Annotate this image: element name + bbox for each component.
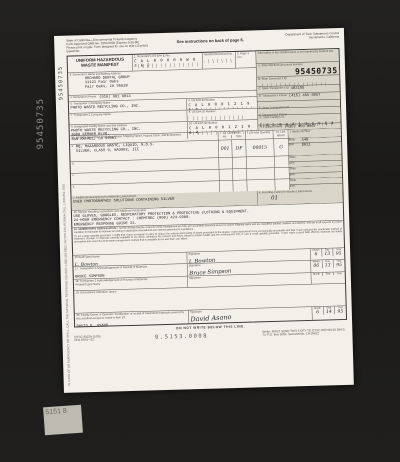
item20-label: 20. Facility Owner or Operator: Certific…: [76, 311, 186, 321]
fieldD-label: D. Transporter's Phone: [259, 94, 287, 101]
agency-line3: Please print or type. Form designed for …: [66, 44, 156, 54]
transporter1-date-year: 95: [333, 262, 345, 267]
waste-table: 11. US DOT Description (Including Proper…: [70, 129, 343, 197]
margin-manifest-number: 95450735: [36, 98, 46, 149]
facility-date-month: 6: [312, 310, 323, 315]
t2-year-label: Year: [333, 272, 344, 275]
t2-month-label: Month: [311, 273, 322, 276]
generator-epa-id: C A L 0 0 0 0 0 W 8 3 6 2: [134, 57, 201, 68]
epa-code-label: EPA: [289, 143, 302, 148]
fieldC-label: C. State Transporter's ID: [259, 86, 289, 93]
facility-date-day: 14: [323, 309, 335, 314]
item8-label: 8. US EPA ID Number: [189, 109, 256, 114]
transporter1-date-day: 13: [322, 263, 334, 268]
col12-no-header: No.: [218, 135, 232, 139]
page-edge-manifest-number: 95450735: [57, 66, 64, 101]
row-a-quantity: 00015: [246, 139, 274, 157]
generator-date-year: 95: [333, 251, 345, 256]
t2-day-label: Day: [322, 272, 333, 275]
col12-type-header: Type: [232, 134, 245, 138]
row-c-epa-label: EPA: [290, 172, 342, 177]
facility-date-year: 95: [334, 309, 346, 314]
row-a-unit: G: [274, 138, 289, 155]
row-a-containers-no: 001: [218, 140, 232, 157]
facility-printed-name: DAVID P. ASANO: [77, 324, 109, 327]
generator-phone: (916) 961 6813: [99, 94, 131, 100]
generator-date-day: 13: [321, 251, 333, 256]
row-b-epa-label: EPA: [289, 161, 341, 166]
manifest-document-page: 95450735 IN CASE OF AN EMERGENCY OR SPIL…: [54, 28, 354, 393]
page-of: of 1: [237, 55, 254, 59]
underlying-page-fragment: 5151 8: [43, 405, 83, 436]
footer-stamp-number: 0.5153.0008: [155, 332, 208, 340]
transporter1-date-month: 06: [311, 263, 322, 268]
instructions-note: See instructions on back of page 6.: [176, 35, 243, 51]
manifest-form: UNIFORM HAZARDOUS WASTE MANIFEST 1. Gene…: [67, 48, 347, 328]
shaded-note: Information in the shaded areas is not r…: [258, 50, 338, 55]
facility-signature: David Asano: [190, 313, 231, 323]
generator-signature: L Bowton: [188, 256, 215, 263]
footer-form-number2: EPA 8700—22: [74, 338, 100, 342]
manifest-doc-boxes: [204, 57, 232, 63]
generator-date-month: 6: [311, 252, 322, 257]
col13-header: 13. Total Quantity: [246, 130, 274, 139]
manifest-doc-label: Manifest Document No.: [204, 52, 234, 56]
state-transporter-id: 402185: [291, 86, 305, 92]
row-a-marker: a.: [72, 145, 75, 161]
item4-label: 4. Generator's Phone: [70, 95, 96, 101]
row-a-containers-type: DF: [232, 140, 246, 157]
transporter-phone: (415) 455-8867: [289, 93, 321, 100]
row-a-epa-code: D011: [302, 143, 311, 147]
row-a-desc2: SILVER, CLASS 9, NA3082, III: [76, 147, 139, 153]
col14-header: 14. Unit Wt/Vol: [273, 130, 288, 138]
row-d-epa-label: EPA: [290, 184, 342, 189]
